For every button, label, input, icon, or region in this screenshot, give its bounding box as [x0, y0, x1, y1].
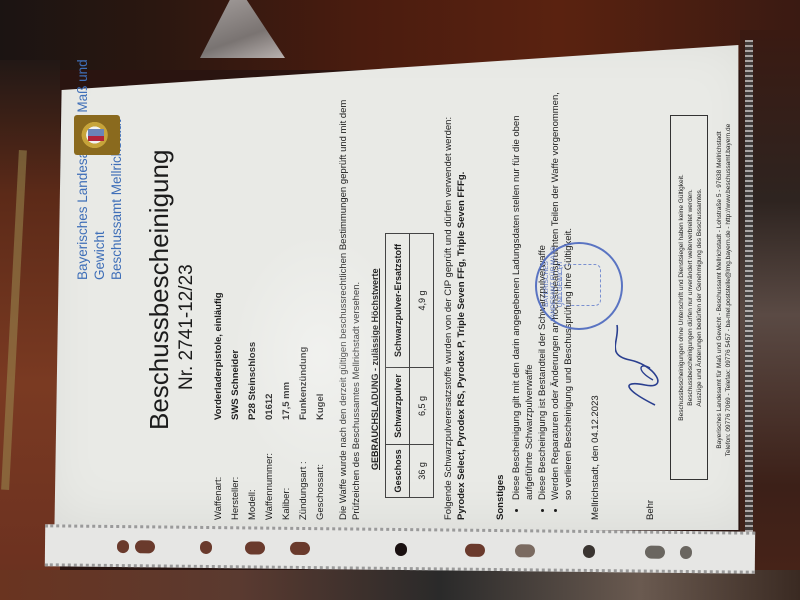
field-row: Modell:P28 Steinschloss — [244, 292, 261, 520]
punch-hole — [117, 540, 129, 553]
column-header: Schwarzpulver — [386, 368, 410, 445]
field-row: Hersteller:SWS Schneider — [227, 292, 244, 520]
field-value: SWS Schneider — [230, 350, 241, 420]
field-row: Kaliber:17,5 mm — [278, 292, 295, 520]
usage-charge-title: GEBRAUCHSLADUNG - zulässige Höchstwerte — [370, 268, 380, 470]
weapon-details: Waffenart:Vorderladerpistole, einläufig … — [210, 292, 329, 520]
misc-title: Sonstiges — [495, 475, 506, 520]
field-label: Kaliber: — [281, 420, 292, 520]
table-cell: 4,9 g — [410, 234, 434, 368]
intro-text: Die Waffe wurde nach den derzeit gültige… — [337, 80, 363, 520]
punch-hole — [465, 544, 485, 557]
document-title: Beschussbescheinigung — [144, 150, 175, 430]
authority-line-2: Beschussamt Mellrichstadt — [108, 50, 125, 280]
column-header: Geschoss — [386, 444, 410, 497]
table-cell: 36 g — [410, 444, 434, 497]
substitutes-list: Pyrodex Select, Pyrodex RS, Pyrodex P, T… — [455, 80, 468, 520]
field-label: Zündungsart : — [298, 420, 309, 520]
background-floor — [0, 570, 800, 600]
official-seal-icon: BAYERISCHES LANDESAMT FÜR MASS UND GEWIC… — [535, 242, 623, 330]
table-row: 36 g 6,5 g 4,9 g — [410, 234, 434, 498]
punch-hole — [245, 541, 265, 554]
charge-table: Geschoss Schwarzpulver Schwarzpulver-Ers… — [385, 233, 434, 498]
notice-line: Auszüge und Änderungen bedürfen der Gene… — [695, 116, 704, 479]
certificate-document: Bayerisches Landesamt für Maß und Gewich… — [60, 60, 750, 530]
column-header: Schwarzpulver-Ersatzstoff — [386, 234, 410, 368]
field-row: Zündungsart :Funkenzündung — [295, 292, 312, 520]
issuing-authority: Bayerisches Landesamt für Maß und Gewich… — [74, 50, 125, 280]
substitutes-text: Folgende Schwarzpulverersatzstoffe wurde… — [442, 80, 455, 520]
punch-hole — [515, 544, 535, 557]
punch-hole — [135, 540, 155, 553]
field-label: Waffennummer: — [264, 420, 275, 520]
signature-icon — [615, 320, 660, 410]
authority-line-1: Bayerisches Landesamt für Maß und Gewich… — [74, 50, 108, 280]
field-value: Vorderladerpistole, einläufig — [213, 292, 224, 420]
field-label: Modell: — [247, 420, 258, 520]
field-value: 17,5 mm — [281, 382, 292, 420]
field-row: Geschossart:Kugel — [312, 292, 329, 520]
field-value: Funkenzündung — [298, 347, 309, 420]
footer-contact: Telefon: 09776 7069 - Telefax: 09776 545… — [724, 70, 733, 510]
field-row: Waffenart:Vorderladerpistole, einläufig — [210, 292, 227, 520]
field-label: Waffenart: — [213, 420, 224, 520]
list-item: Diese Bescheinigung gilt mit den darin a… — [510, 80, 536, 500]
substitutes-section: Folgende Schwarzpulverersatzstoffe wurde… — [442, 80, 468, 520]
bavarian-coat-of-arms-icon — [74, 115, 120, 155]
punched-sleeve-strip — [45, 524, 755, 573]
seal-emblem — [561, 264, 601, 306]
field-value: 01612 — [264, 394, 275, 420]
punch-hole — [395, 543, 407, 556]
field-label: Hersteller: — [230, 420, 241, 520]
footer-address: Bayerisches Landesamt für Maß und Gewich… — [715, 70, 724, 510]
punch-hole — [645, 546, 665, 559]
field-label: Geschossart: — [315, 420, 326, 520]
certificate-number: Nr. 2741-12/23 — [176, 264, 198, 390]
table-header-row: Geschoss Schwarzpulver Schwarzpulver-Ers… — [386, 234, 410, 498]
punch-hole — [680, 546, 692, 559]
field-row: Waffennummer:01612 — [261, 292, 278, 520]
place-date: Mellrichstadt, den 04.12.2023 — [590, 395, 601, 520]
notice-line: Beschussbescheinigungen dürfen nur unver… — [686, 116, 695, 479]
punch-hole — [583, 545, 595, 558]
table-cell: 6,5 g — [410, 368, 434, 445]
field-value: Kugel — [315, 394, 326, 420]
footer: Bayerisches Landesamt für Maß und Gewich… — [715, 70, 733, 510]
punch-hole — [200, 541, 212, 554]
field-value: P28 Steinschloss — [247, 342, 258, 420]
punch-hole — [290, 542, 310, 555]
notice-line: Beschussbescheinigungen ohne Unterschrif… — [677, 116, 686, 479]
signatory-name: Behr — [645, 500, 656, 520]
notice-box: Beschussbescheinigungen ohne Unterschrif… — [670, 115, 708, 480]
